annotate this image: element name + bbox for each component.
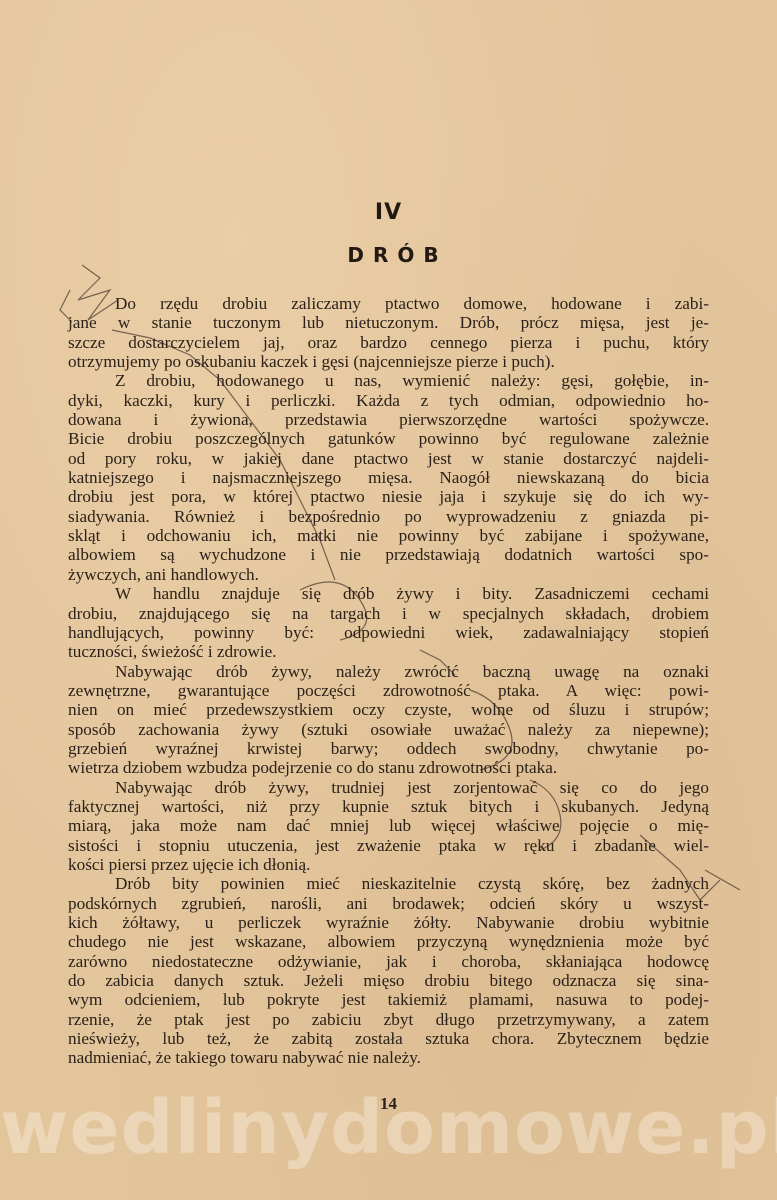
text-line: żywczych, ani handlowych. — [68, 565, 709, 584]
text-line: handlujących, powinny być: odpowiedni wi… — [68, 623, 709, 642]
text-line: Z drobiu, hodowanego u nas, wymienić nal… — [68, 371, 709, 390]
text-line: Do rzędu drobiu zaliczamy ptactwo domowe… — [68, 294, 709, 313]
text-line: chudego nie jest wskazane, albowiem przy… — [68, 932, 709, 951]
text-line: szcze dostarczycielem jaj, oraz bardzo c… — [68, 333, 709, 352]
text-line: katniejszego i najsmaczniejszego mięsa. … — [68, 468, 709, 487]
text-line: miarą, jaka może nam dać mniej lub więce… — [68, 816, 709, 835]
text-line: Nabywając drób żywy, należy zwrócić bacz… — [68, 662, 709, 681]
text-line: wym odcieniem, lub pokryte jest takiemiż… — [68, 990, 709, 1009]
text-line: zewnętrzne, gwarantujące poczęści zdrowo… — [68, 681, 709, 700]
text-line: sistości i stopniu utuczenia, jest zważe… — [68, 836, 709, 855]
text-line: tuczności, świeżość i zdrowie. — [68, 642, 709, 661]
text-line: faktycznej wartości, niż przy kupnie szt… — [68, 797, 709, 816]
text-line: zarówno niedostateczne odżywianie, jak i… — [68, 952, 709, 971]
paragraph: Nabywając drób żywy, trudniej jest zorje… — [68, 778, 709, 875]
page-number: 14 — [0, 1094, 777, 1114]
paragraph: Nabywając drób żywy, należy zwrócić bacz… — [68, 662, 709, 778]
text-line: Nabywając drób żywy, trudniej jest zorje… — [68, 778, 709, 797]
paragraph: W handlu znajduje się drób żywy i bity. … — [68, 584, 709, 661]
text-line: rzenie, że ptak jest po zabiciu zbyt dłu… — [68, 1010, 709, 1029]
text-line: drobiu, znajdującego się na targach i w … — [68, 604, 709, 623]
text-line: drobiu jest pora, w której ptactwo niesi… — [68, 487, 709, 506]
text-line: skląt i odchowaniu ich, matki nie powinn… — [68, 526, 709, 545]
text-line: dyki, kaczki, kury i perliczki. Każda z … — [68, 391, 709, 410]
text-line: kich żółtawy, u perliczek wyraźnie żółty… — [68, 913, 709, 932]
paragraph: Drób bity powinien mieć nieskazitelnie c… — [68, 874, 709, 1067]
text-line: nien on mieć przedewszystkiem oczy czyst… — [68, 700, 709, 719]
chapter-number: IV — [0, 200, 777, 225]
text-line: Bicie drobiu poszczególnych gatunków pow… — [68, 429, 709, 448]
paragraph: Z drobiu, hodowanego u nas, wymienić nal… — [68, 371, 709, 584]
text-line: do zabicia danych sztuk. Jeżeli mięso dr… — [68, 971, 709, 990]
text-line: od pory roku, w jakiej dane ptactwo jest… — [68, 449, 709, 468]
text-line: grzebień wyraźnej krwistej barwy; oddech… — [68, 739, 709, 758]
text-line: Drób bity powinien mieć nieskazitelnie c… — [68, 874, 709, 893]
text-line: podskórnych zgrubień, narośli, ani broda… — [68, 894, 709, 913]
book-page: IV DRÓB Do rzędu drobiu zaliczamy ptactw… — [0, 0, 777, 1200]
text-line: albowiem są wychudzone i nie przedstawia… — [68, 545, 709, 564]
text-line: W handlu znajduje się drób żywy i bity. … — [68, 584, 709, 603]
text-line: kości piersi przez ujęcie ich dłonią. — [68, 855, 709, 874]
text-line: wietrza dziobem wzbudza podejrzenie co d… — [68, 758, 709, 777]
text-line: jane w stanie tuczonym lub nietuczonym. … — [68, 313, 709, 332]
text-line: dowana i żywiona, przedstawia pierwszorz… — [68, 410, 709, 429]
text-line: nadmieniać, że takiego towaru nabywać ni… — [68, 1048, 709, 1067]
body-text: Do rzędu drobiu zaliczamy ptactwo domowe… — [68, 294, 709, 1068]
text-line: sposób zachowania żywy (sztuki osowiałe … — [68, 720, 709, 739]
chapter-title: DRÓB — [0, 243, 777, 267]
text-line: otrzymujemy po oskubaniu kaczek i gęsi (… — [68, 352, 709, 371]
paragraph: Do rzędu drobiu zaliczamy ptactwo domowe… — [68, 294, 709, 371]
text-line: nieświeży, lub też, że zabitą została sz… — [68, 1029, 709, 1048]
text-line: siadywania. Również i bezpośrednio po wy… — [68, 507, 709, 526]
